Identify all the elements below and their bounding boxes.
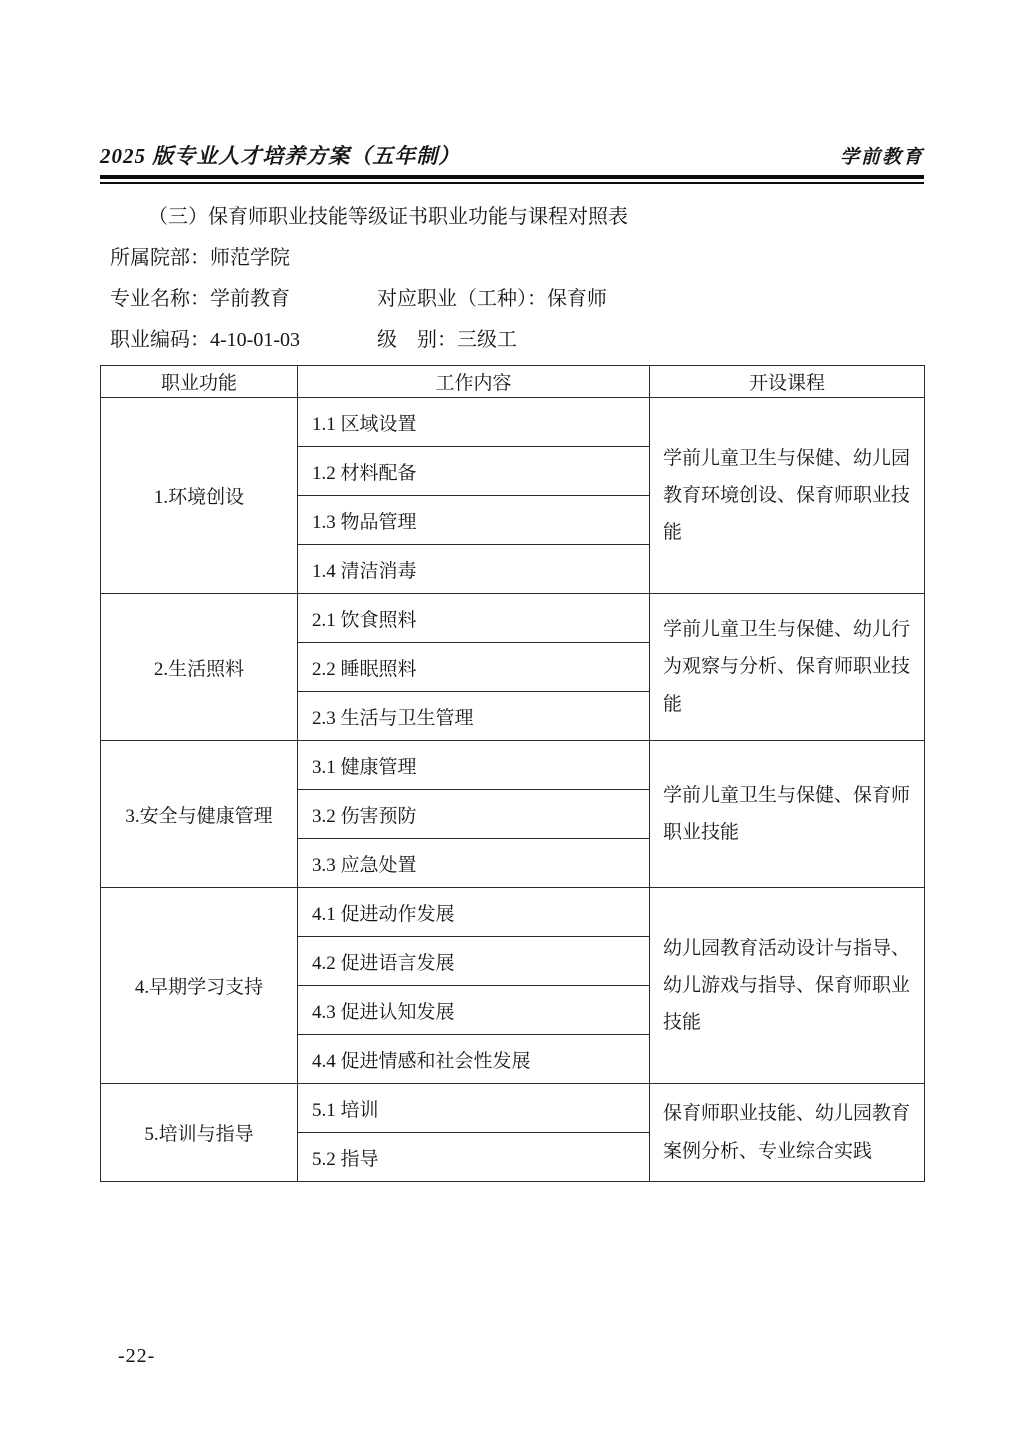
task-cell: 1.2 材料配备 bbox=[298, 447, 650, 496]
header-cell-courses: 开设课程 bbox=[650, 366, 925, 398]
table-row: 3.安全与健康管理 3.1 健康管理 学前儿童卫生与保健、保育师职业技能 bbox=[101, 741, 925, 790]
department-field: 所属院部：师范学院 bbox=[110, 241, 372, 270]
header-cell-tasks: 工作内容 bbox=[298, 366, 650, 398]
header-program: 学前教育 bbox=[840, 142, 924, 169]
header-cell-function: 职业功能 bbox=[101, 366, 298, 398]
task-cell: 3.2 伤害预防 bbox=[298, 790, 650, 839]
table-row: 4.早期学习支持 4.1 促进动作发展 幼儿园教育活动设计与指导、幼儿游戏与指导… bbox=[101, 888, 925, 937]
mapping-table: 职业功能 工作内容 开设课程 1.环境创设 1.1 区域设置 学前儿童卫生与保健… bbox=[100, 365, 925, 1182]
course-cell: 幼儿园教育活动设计与指导、幼儿游戏与指导、保育师职业技能 bbox=[650, 888, 925, 1084]
header-double-rule bbox=[100, 175, 924, 184]
section-title: （三）保育师职业技能等级证书职业功能与课程对照表 bbox=[100, 200, 924, 229]
table-row: 5.培训与指导 5.1 培训 保育师职业技能、幼儿园教育案例分析、专业综合实践 bbox=[101, 1084, 925, 1133]
page-number: -22- bbox=[118, 1345, 155, 1368]
course-cell: 学前儿童卫生与保健、幼儿行为观察与分析、保育师职业技能 bbox=[650, 594, 925, 741]
task-cell: 1.4 清洁消毒 bbox=[298, 545, 650, 594]
task-cell: 4.2 促进语言发展 bbox=[298, 937, 650, 986]
task-cell: 4.3 促进认知发展 bbox=[298, 986, 650, 1035]
table-header-row: 职业功能 工作内容 开设课程 bbox=[101, 366, 925, 398]
task-cell: 2.3 生活与卫生管理 bbox=[298, 692, 650, 741]
table-row: 2.生活照料 2.1 饮食照料 学前儿童卫生与保健、幼儿行为观察与分析、保育师职… bbox=[101, 594, 925, 643]
course-cell: 保育师职业技能、幼儿园教育案例分析、专业综合实践 bbox=[650, 1084, 925, 1182]
task-cell: 2.1 饮食照料 bbox=[298, 594, 650, 643]
function-cell: 5.培训与指导 bbox=[101, 1084, 298, 1182]
occupation-field: 对应职业（工种）：保育师 bbox=[377, 282, 607, 311]
document-page: 2025 版专业人才培养方案（五年制） 学前教育 （三）保育师职业技能等级证书职… bbox=[0, 0, 1024, 1448]
function-cell: 4.早期学习支持 bbox=[101, 888, 298, 1084]
level-field: 级 别：三级工 bbox=[377, 323, 517, 352]
task-cell: 5.2 指导 bbox=[298, 1133, 650, 1182]
function-cell: 1.环境创设 bbox=[101, 398, 298, 594]
task-cell: 2.2 睡眠照料 bbox=[298, 643, 650, 692]
task-cell: 1.3 物品管理 bbox=[298, 496, 650, 545]
info-block: 所属院部：师范学院 专业名称：学前教育 对应职业（工种）：保育师 职业编码：4-… bbox=[100, 241, 924, 352]
running-header: 2025 版专业人才培养方案（五年制） 学前教育 bbox=[100, 140, 924, 170]
task-cell: 5.1 培训 bbox=[298, 1084, 650, 1133]
function-cell: 2.生活照料 bbox=[101, 594, 298, 741]
header-title: 2025 版专业人才培养方案（五年制） bbox=[100, 140, 460, 170]
task-cell: 3.3 应急处置 bbox=[298, 839, 650, 888]
course-cell: 学前儿童卫生与保健、幼儿园教育环境创设、保育师职业技能 bbox=[650, 398, 925, 594]
course-cell: 学前儿童卫生与保健、保育师职业技能 bbox=[650, 741, 925, 888]
task-cell: 4.4 促进情感和社会性发展 bbox=[298, 1035, 650, 1084]
task-cell: 3.1 健康管理 bbox=[298, 741, 650, 790]
function-cell: 3.安全与健康管理 bbox=[101, 741, 298, 888]
major-field: 专业名称：学前教育 bbox=[110, 282, 372, 311]
info-line-major: 专业名称：学前教育 对应职业（工种）：保育师 bbox=[100, 282, 924, 311]
info-line-department: 所属院部：师范学院 bbox=[100, 241, 924, 270]
task-cell: 1.1 区域设置 bbox=[298, 398, 650, 447]
table-row: 1.环境创设 1.1 区域设置 学前儿童卫生与保健、幼儿园教育环境创设、保育师职… bbox=[101, 398, 925, 447]
code-field: 职业编码：4-10-01-03 bbox=[110, 323, 372, 352]
task-cell: 4.1 促进动作发展 bbox=[298, 888, 650, 937]
info-line-code: 职业编码：4-10-01-03 级 别：三级工 bbox=[100, 323, 924, 352]
page-content: 2025 版专业人才培养方案（五年制） 学前教育 （三）保育师职业技能等级证书职… bbox=[100, 140, 924, 1182]
